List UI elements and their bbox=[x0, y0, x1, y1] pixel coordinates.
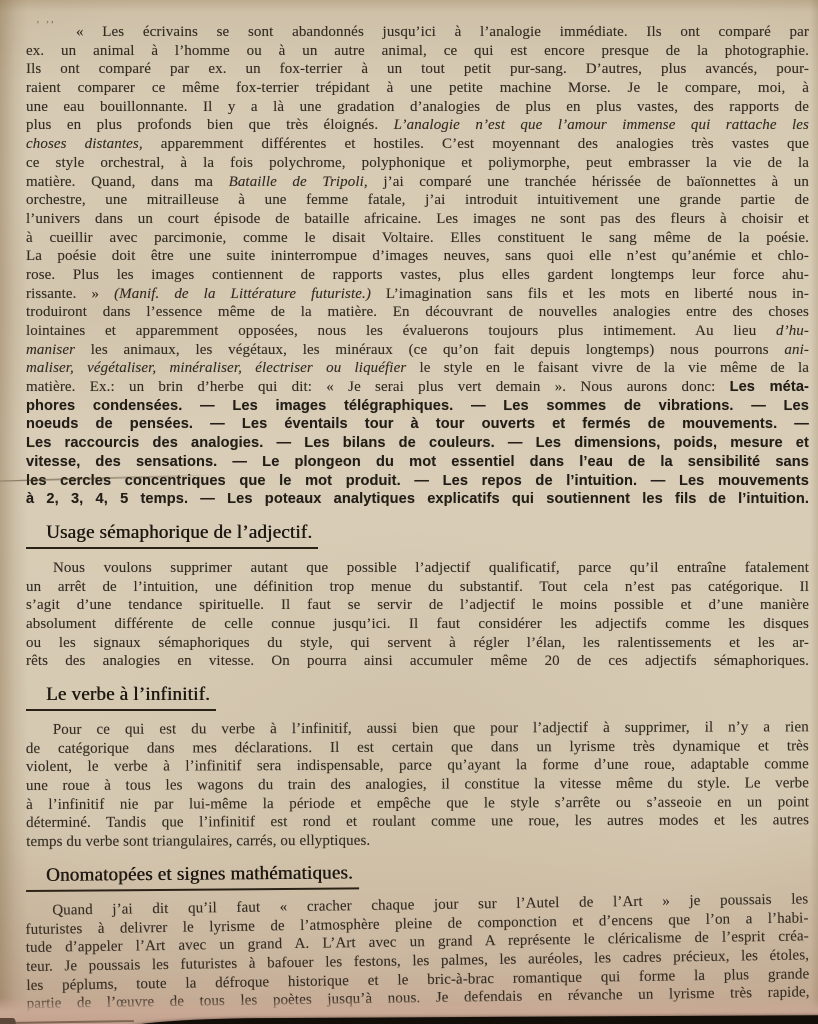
text-run: une eau bouillonnante. Il y a là une gra… bbox=[26, 99, 809, 115]
text-line: plus en plus profonds bien que très éloi… bbox=[26, 116, 809, 135]
corner-shadow bbox=[0, 1018, 16, 1024]
text-line: lointaines et apparemment opposées, nous… bbox=[26, 322, 809, 341]
paragraph: Nous voulons supprimer autant que possib… bbox=[26, 559, 809, 671]
text-line: vitesse, des sensations. — Le plongeon d… bbox=[26, 453, 809, 472]
top-edge-shadow bbox=[0, 0, 818, 12]
text-run: « Les écrivains se sont abandonnés jusqu… bbox=[76, 24, 809, 40]
text-run: rose. Plus les images contiennent de rap… bbox=[26, 267, 809, 283]
text-run: j’ai comparé une tranchée hérissée de ba… bbox=[368, 174, 809, 190]
text-line: l’univers dans un court épisode de batai… bbox=[26, 210, 809, 229]
text-line: choses distantes, apparemment différente… bbox=[26, 135, 809, 154]
text-line: Les raccourcis des analogies. — Les bila… bbox=[26, 434, 809, 453]
section-heading: Onomatopées et signes mathématiques. bbox=[26, 859, 809, 892]
text-run: raient comparer ce même fox-terrier trép… bbox=[26, 80, 809, 96]
text-run: de catégorique dans mes déclarations. Il… bbox=[26, 738, 809, 757]
text-line: s’agit d’une tendance spirituelle. Il fa… bbox=[26, 596, 809, 615]
text-line: rose. Plus les images contiennent de rap… bbox=[26, 266, 809, 285]
text-run: déterminé. Tandis que l’infinitif est ro… bbox=[26, 813, 809, 832]
text-run: noeuds de pensées. — Les éventails tour … bbox=[26, 416, 809, 432]
text-run: Nous voulons supprimer autant que possib… bbox=[53, 560, 809, 576]
text-run: maniser bbox=[26, 342, 75, 358]
text-line: maliser, végétaliser, minéraliser, élect… bbox=[26, 359, 809, 378]
text-run: lointaines et apparemment opposées, nous… bbox=[26, 323, 776, 339]
text-run: matière. Ex.: un brin d’herbe qui dit: «… bbox=[26, 379, 730, 395]
text-line: ce style orchestral, à la fois polychrom… bbox=[26, 154, 809, 173]
text-line: à 2, 3, 4, 5 temps. — Les poteaux analyt… bbox=[26, 490, 809, 509]
text-line: temps du verbe sont triangulaires, carré… bbox=[26, 830, 809, 851]
text-run: apparemment différentes et hostiles. C’e… bbox=[161, 136, 809, 152]
text-line: une roue à tous les wagons du train des … bbox=[26, 774, 809, 795]
section-heading: Le verbe à l’infinitif. bbox=[26, 684, 809, 711]
text-run: ex. un animal à l’homme ou à un autre an… bbox=[26, 43, 809, 59]
text-run: plus en plus profonds bien que très éloi… bbox=[26, 117, 394, 133]
section-heading-text: Usage sémaphorique de l’adjectif. bbox=[26, 522, 318, 549]
text-run: ou les signaux sémaphoriques du style, q… bbox=[26, 635, 809, 651]
text-run: l’univers dans un court épisode de batai… bbox=[26, 211, 809, 227]
text-run: Bataille de Tripoli, bbox=[229, 174, 368, 190]
text-line: absolument différente de celle connue ju… bbox=[26, 615, 809, 634]
paragraph: « Les écrivains se sont abandonnés jusqu… bbox=[26, 23, 809, 509]
text-run: Ils ont comparé par ex. un fox-terrier à… bbox=[26, 61, 809, 77]
text-run: d’hu- bbox=[776, 323, 809, 339]
text-run: un arrêt de l’intuition, une définition … bbox=[26, 579, 809, 595]
text-run: Pour ce qui est du verbe à l’infinitif, … bbox=[53, 719, 809, 738]
text-line: phores condensées. — Les images télégrap… bbox=[26, 397, 809, 416]
text-run: une roue à tous les wagons du train des … bbox=[26, 775, 809, 794]
text-run: (Manif. de la Littérature futuriste.) bbox=[114, 286, 371, 302]
text-line: matière. Ex.: un brin d’herbe qui dit: «… bbox=[26, 378, 809, 397]
text-run: à l’infinitif nie par lui-même la périod… bbox=[26, 794, 809, 813]
text-line: orchestre, une mitrailleuse à une femme … bbox=[26, 191, 809, 210]
text-run: troduiront dans l’essence même de la mat… bbox=[26, 304, 809, 320]
text-line: raient comparer ce même fox-terrier trép… bbox=[26, 79, 809, 98]
text-line: Nous voulons supprimer autant que possib… bbox=[26, 559, 809, 578]
text-run: temps du verbe sont triangulaires, carré… bbox=[26, 833, 370, 850]
text-run: Les raccourcis des analogies. — Les bila… bbox=[26, 435, 809, 451]
text-line: troduiront dans l’essence même de la mat… bbox=[26, 303, 809, 322]
text-run: La poésie doit être une suite ininterrom… bbox=[26, 248, 809, 264]
text-line: les cercles concentriques que le mot pro… bbox=[26, 472, 809, 491]
text-line: rissante. » (Manif. de la Littérature fu… bbox=[26, 285, 809, 304]
section-heading-text: Onomatopées et signes mathématiques. bbox=[26, 862, 359, 892]
text-run: maliser, végétaliser, minéraliser, élect… bbox=[26, 360, 406, 376]
text-run: s’agit d’une tendance spirituelle. Il fa… bbox=[26, 597, 809, 613]
text-run: L’imagination sans fils et les mots en l… bbox=[371, 286, 809, 302]
text-run: violent, le verbe à l’infinitif sera ind… bbox=[26, 757, 809, 776]
text-run: L’analogie n’est que l’amour immense qui… bbox=[394, 117, 809, 133]
text-line: maniser les animaux, les végétaux, les m… bbox=[26, 341, 809, 360]
text-line: rêts des analogies en vitesse. On pourra… bbox=[26, 652, 809, 671]
text-run: absolument différente de celle connue ju… bbox=[26, 616, 809, 632]
right-edge-shadow bbox=[810, 0, 818, 1024]
text-line: un arrêt de l’intuition, une définition … bbox=[26, 578, 809, 597]
text-run: matière. Quand, dans ma bbox=[26, 174, 229, 190]
text-line: « Les écrivains se sont abandonnés jusqu… bbox=[26, 23, 809, 42]
text-line: matière. Quand, dans ma Bataille de Trip… bbox=[26, 173, 809, 192]
text-line: une eau bouillonnante. Il y a là une gra… bbox=[26, 98, 809, 117]
section-heading-text: Le verbe à l’infinitif. bbox=[26, 684, 216, 711]
page-container: ’ ’’ « Les écrivains se sont abandonnés … bbox=[0, 0, 818, 1024]
text-column: « Les écrivains se sont abandonnés jusqu… bbox=[26, 23, 809, 1014]
section-heading: Usage sémaphorique de l’adjectif. bbox=[26, 522, 809, 549]
text-run: orchestre, une mitrailleuse à une femme … bbox=[26, 192, 809, 208]
paragraph: Pour ce qui est du verbe à l’infinitif, … bbox=[26, 718, 809, 852]
text-run: le style en le faisant vivre de la vie m… bbox=[406, 360, 809, 376]
left-edge-shadow bbox=[0, 0, 28, 1024]
text-line: noeuds de pensées. — Les éventails tour … bbox=[26, 415, 809, 434]
text-run: ce style orchestral, à la fois polychrom… bbox=[26, 155, 809, 171]
text-run: ani- bbox=[784, 342, 809, 358]
text-run: rêts des analogies en vitesse. On pourra… bbox=[26, 653, 809, 669]
text-run: vitesse, des sensations. — Le plongeon d… bbox=[26, 454, 809, 470]
text-line: déterminé. Tandis que l’infinitif est ro… bbox=[26, 812, 809, 833]
text-run: à cueillir avec parcimonie, comme le dis… bbox=[26, 230, 809, 246]
text-run: phores condensées. — Les images télégrap… bbox=[26, 398, 809, 414]
text-run: Les méta- bbox=[730, 379, 809, 395]
text-line: ou les signaux sémaphoriques du style, q… bbox=[26, 634, 809, 653]
text-run: choses distantes, bbox=[26, 136, 161, 152]
text-line: La poésie doit être une suite ininterrom… bbox=[26, 247, 809, 266]
text-line: ex. un animal à l’homme ou à un autre an… bbox=[26, 42, 809, 61]
text-run: les animaux, les végétaux, les minéraux … bbox=[75, 342, 784, 358]
text-line: Ils ont comparé par ex. un fox-terrier à… bbox=[26, 60, 809, 79]
text-run: à 2, 3, 4, 5 temps. — Les poteaux analyt… bbox=[26, 491, 809, 507]
text-run: les cercles concentriques que le mot pro… bbox=[26, 473, 809, 489]
text-run: rissante. » bbox=[26, 286, 114, 302]
text-line: Pour ce qui est du verbe à l’infinitif, … bbox=[26, 718, 809, 739]
paragraph: Quand j’ai dit qu’il faut « cracher chaq… bbox=[25, 890, 810, 1014]
text-line: à cueillir avec parcimonie, comme le dis… bbox=[26, 229, 809, 248]
